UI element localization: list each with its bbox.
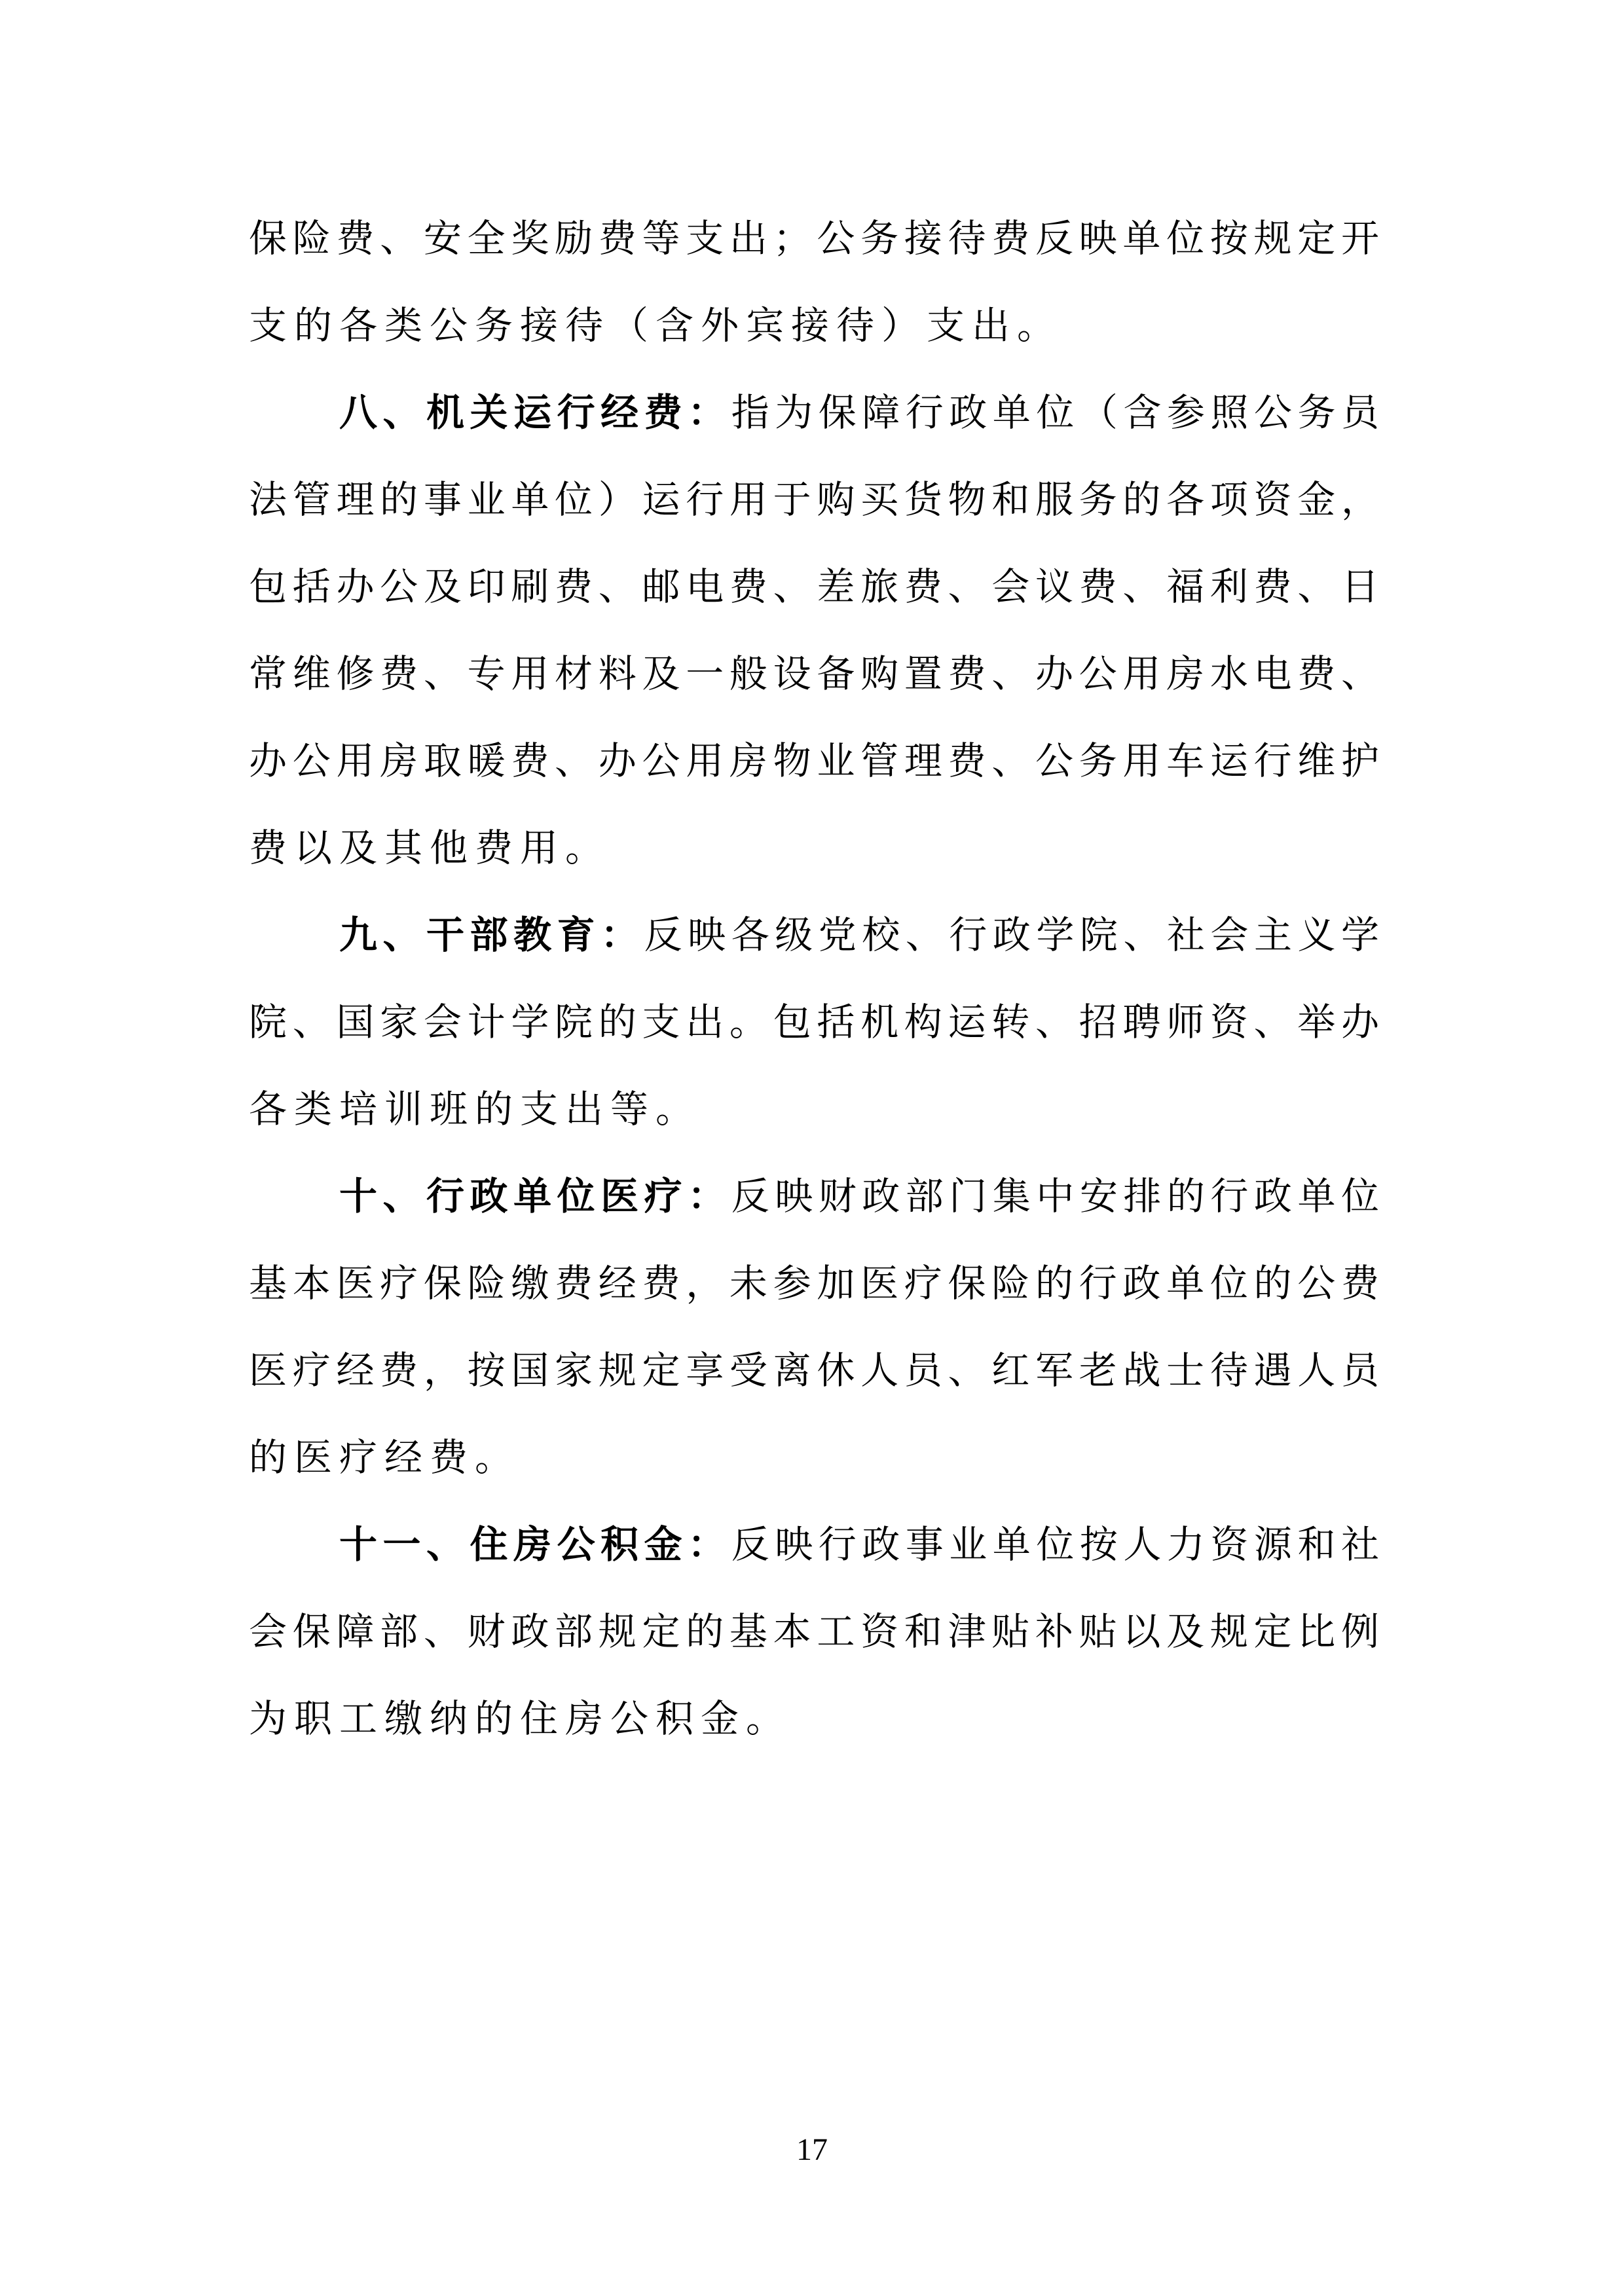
line-text: 会保障部、财政部规定的基本工资和津贴补贴以及规定比例 [249,1611,1379,1653]
text-line: 各类培训班的支出等。 [249,1066,1379,1153]
line-text: 费以及其他费用。 [249,827,610,869]
section-heading: 九、干部教育： [339,914,644,957]
line-text: 常维修费、专用材料及一般设备购置费、办公用房水电费、 [249,653,1379,695]
line-text: 基本医疗保险缴费经费，未参加医疗保险的行政单位的公费 [249,1262,1379,1305]
text-block: 保险费、安全奖励费等支出；公务接待费反映单位按规定开 支的各类公务接待（含外宾接… [249,195,1379,1762]
text-line: 常维修费、专用材料及一般设备购置费、办公用房水电费、 [249,630,1379,718]
text-line: 会保障部、财政部规定的基本工资和津贴补贴以及规定比例 [249,1588,1379,1675]
page-number: 17 [0,2132,1624,2168]
line-text: 反映行政事业单位按人力资源和社 [731,1523,1379,1566]
text-line: 包括办公及印刷费、邮电费、差旅费、会议费、福利费、日 [249,543,1379,630]
text-line: 费以及其他费用。 [249,805,1379,892]
line-text: 法管理的事业单位）运行用于购买货物和服务的各项资金， [249,479,1379,521]
line-text: 包括办公及印刷费、邮电费、差旅费、会议费、福利费、日 [249,566,1379,608]
section-heading: 十一、住房公积金： [339,1523,731,1566]
text-line: 保险费、安全奖励费等支出；公务接待费反映单位按规定开 [249,195,1379,282]
line-text: 反映各级党校、行政学院、社会主义学 [644,914,1379,957]
line-text: 办公用房取暖费、办公用房物业管理费、公务用车运行维护 [249,740,1379,782]
line-text: 反映财政部门集中安排的行政单位 [731,1175,1379,1218]
section-heading: 八、机关运行经费： [339,392,731,434]
section-heading-line: 八、机关运行经费：指为保障行政单位（含参照公务员 [249,369,1379,456]
line-text: 指为保障行政单位（含参照公务员 [731,392,1379,434]
text-line: 办公用房取暖费、办公用房物业管理费、公务用车运行维护 [249,718,1379,805]
text-line: 支的各类公务接待（含外宾接待）支出。 [249,282,1379,369]
document-page: { "page": { "number": "17", "text_color"… [0,0,1624,2296]
text-line: 医疗经费，按国家规定享受离休人员、红军老战士待遇人员 [249,1327,1379,1414]
line-text: 院、国家会计学院的支出。包括机构运转、招聘师资、举办 [249,1001,1379,1044]
line-text: 保险费、安全奖励费等支出；公务接待费反映单位按规定开 [249,217,1379,260]
section-heading-line: 九、干部教育：反映各级党校、行政学院、社会主义学 [249,892,1379,979]
text-line: 的医疗经费。 [249,1414,1379,1501]
text-line: 基本医疗保险缴费经费，未参加医疗保险的行政单位的公费 [249,1240,1379,1327]
line-text: 为职工缴纳的住房公积金。 [249,1698,791,1740]
line-text: 医疗经费，按国家规定享受离休人员、红军老战士待遇人员 [249,1349,1379,1392]
text-line: 为职工缴纳的住房公积金。 [249,1675,1379,1762]
line-text: 的医疗经费。 [249,1436,520,1479]
text-line: 院、国家会计学院的支出。包括机构运转、招聘师资、举办 [249,979,1379,1066]
line-text: 支的各类公务接待（含外宾接待）支出。 [249,304,1062,347]
text-line: 法管理的事业单位）运行用于购买货物和服务的各项资金， [249,456,1379,543]
line-text: 各类培训班的支出等。 [249,1088,701,1131]
section-heading: 十、行政单位医疗： [339,1175,731,1218]
section-heading-line: 十一、住房公积金：反映行政事业单位按人力资源和社 [249,1501,1379,1588]
section-heading-line: 十、行政单位医疗：反映财政部门集中安排的行政单位 [249,1153,1379,1240]
